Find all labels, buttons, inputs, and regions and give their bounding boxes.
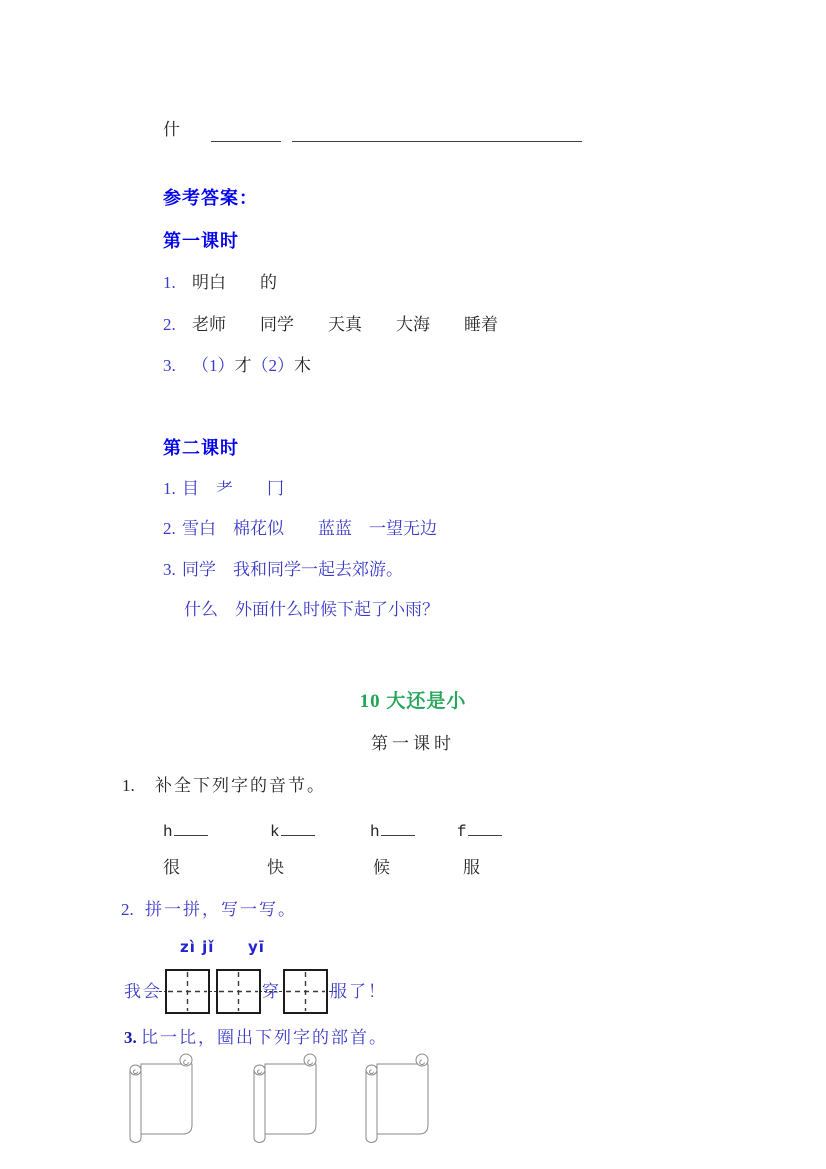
lesson-title: 10 大还是小	[0, 692, 826, 712]
pinyin-annotation-1: zì jǐ	[180, 937, 214, 957]
answer-blank-long	[292, 123, 582, 142]
pinyin-annotation-2: yī	[248, 937, 265, 957]
session-2-heading: 第二课时	[163, 438, 239, 458]
question-3: 3.比一比，圈出下列字的部首。	[124, 1028, 388, 1048]
answer-item-s2-1: 1.目 耂 冂	[163, 479, 284, 499]
target-character-4: 服	[463, 858, 480, 878]
item-number: 2.	[163, 315, 192, 335]
answer-item-s1-1: 1.明白 的	[163, 273, 277, 293]
item-paren-1: （1）	[192, 356, 235, 375]
item-number: 3.	[163, 356, 192, 376]
answer-item-s1-3: 3.（1）才（2）木	[163, 356, 311, 376]
scroll-shape-1	[128, 1053, 194, 1147]
item-text: 老师 同学 天真 大海 睡着	[192, 315, 498, 334]
fragment-char: 什	[163, 120, 180, 140]
answer-item-s2-3: 3.同学 我和同学一起去郊游。	[163, 560, 403, 580]
sentence-after: 服了！	[330, 982, 387, 1002]
answer-item-s2-4: 什么 外面什么时候下起了小雨？	[184, 600, 439, 620]
item-paren-2: （2）	[252, 356, 295, 375]
session-1-heading: 第一课时	[163, 231, 239, 251]
target-character-2: 快	[267, 858, 284, 878]
question-1-label: 1.	[122, 776, 155, 796]
sentence-middle: 穿	[262, 982, 279, 1002]
question-1: 1.补全下列字的音节。	[122, 776, 326, 796]
question-3-label: 3.	[124, 1028, 141, 1048]
scroll-shape-2	[252, 1053, 318, 1147]
scroll-shape-3	[364, 1053, 430, 1147]
lesson-session-subtitle: 第一课时	[0, 734, 826, 754]
syllable-blank-1	[174, 820, 208, 836]
target-character-3: 候	[373, 858, 390, 878]
syllable-blank-4	[468, 820, 502, 836]
syllable-onset-1: h	[163, 823, 173, 841]
syllable-onset-3: h	[370, 823, 380, 841]
syllable-item-2: k	[270, 820, 315, 842]
item-number: 1.	[163, 479, 182, 499]
item-text: 什么 外面什么时候下起了小雨？	[184, 600, 439, 619]
item-text: 雪白 棉花似 蓝蓝 一望无边	[182, 519, 437, 538]
tianzige-box-3	[283, 969, 328, 1014]
item-answer-2: 木	[294, 356, 311, 375]
syllable-blank-2	[281, 820, 315, 836]
item-number: 1.	[163, 273, 192, 293]
item-number: 2.	[163, 519, 182, 539]
syllable-onset-2: k	[270, 823, 280, 841]
answer-key-title: 参考答案：	[163, 188, 258, 208]
question-2: 2.拼一拼，写一写。	[121, 900, 297, 920]
answer-blank-short	[211, 123, 281, 142]
syllable-onset-4: f	[457, 823, 467, 841]
answer-item-s2-2: 2.雪白 棉花似 蓝蓝 一望无边	[163, 519, 437, 539]
sentence-before: 我会	[124, 982, 162, 1002]
tianzige-box-2	[216, 969, 261, 1014]
answer-item-s1-2: 2.老师 同学 天真 大海 睡着	[163, 315, 498, 335]
document-page: 什 参考答案： 第一课时 1.明白 的 2.老师 同学 天真 大海 睡着 3.（…	[0, 0, 826, 1169]
syllable-item-1: h	[163, 820, 208, 842]
syllable-blank-3	[381, 820, 415, 836]
question-3-prompt: 比一比，圈出下列字的部首。	[141, 1028, 388, 1047]
item-number: 3.	[163, 560, 182, 580]
item-text: 明白 的	[192, 273, 277, 292]
syllable-item-3: h	[370, 820, 415, 842]
item-answer-1: 才	[235, 356, 252, 375]
syllable-item-4: f	[457, 820, 502, 842]
question-1-prompt: 补全下列字的音节。	[155, 776, 326, 795]
target-character-1: 很	[163, 858, 180, 878]
question-2-prompt: 拼一拼，写一写。	[145, 900, 297, 919]
tianzige-box-1	[165, 969, 210, 1014]
question-2-label: 2.	[121, 900, 145, 920]
item-text: 目 耂 冂	[182, 479, 284, 498]
item-text: 同学 我和同学一起去郊游。	[182, 560, 403, 579]
